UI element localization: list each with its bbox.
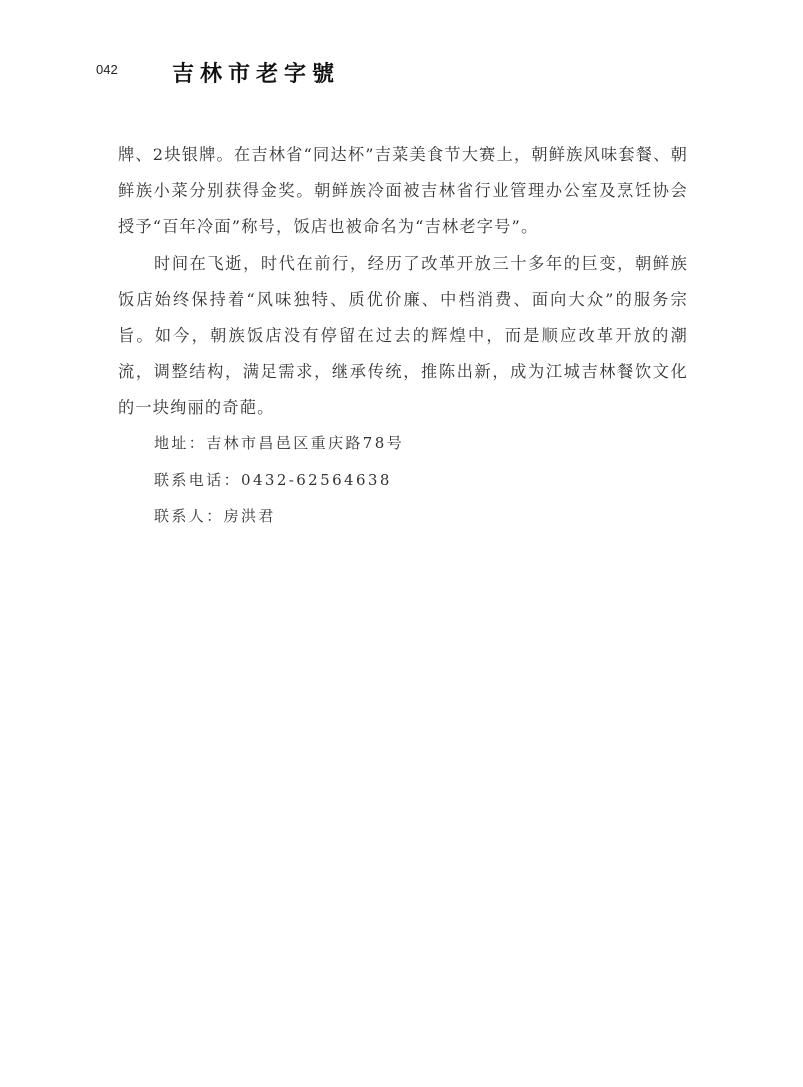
- contact-info: 地址：吉林市昌邑区重庆路78号 联系电话：0432-62564638 联系人：房…: [154, 425, 404, 535]
- phone-line: 联系电话：0432-62564638: [154, 462, 404, 499]
- running-title: 吉林市老字號: [172, 57, 340, 88]
- paragraph-continued: 牌、2块银牌。在吉林省“同达杯”吉菜美食节大赛上，朝鲜族风味套餐、朝鲜族小菜分别…: [118, 137, 688, 246]
- body-text: 牌、2块银牌。在吉林省“同达杯”吉菜美食节大赛上，朝鲜族风味套餐、朝鲜族小菜分别…: [118, 137, 688, 427]
- contact-person-line: 联系人：房洪君: [154, 498, 404, 535]
- paragraph: 时间在飞逝，时代在前行，经历了改革开放三十多年的巨变，朝鲜族饭店始终保持着“风味…: [118, 246, 688, 427]
- page-number: 042: [96, 62, 118, 77]
- address-line: 地址：吉林市昌邑区重庆路78号: [154, 425, 404, 462]
